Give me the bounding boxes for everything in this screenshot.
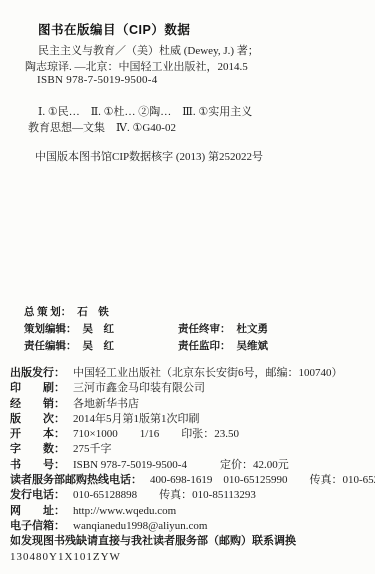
staff-value: 吴 红 xyxy=(83,324,115,335)
publishing-value: http://www.wqedu.com xyxy=(73,505,176,517)
staff-value: 吴 红 xyxy=(83,341,115,352)
staff-label: 责任终审： xyxy=(178,324,231,335)
publishing-value: 各地新华书店 xyxy=(73,398,139,410)
cip-classification-line-1: Ⅰ. ①民… Ⅱ. ①杜… ②陶… Ⅲ. ①实用主义 xyxy=(38,103,252,119)
publishing-label: 发行电话： xyxy=(10,489,65,501)
publishing-value: 中国轻工业出版社（北京东长安街6号，邮编：100740） xyxy=(73,367,343,379)
publishing-label: 印 刷： xyxy=(10,382,65,394)
publishing-line: 读者服务部邮购热线电话：400-698-1619 010-65125990 传真… xyxy=(10,473,370,488)
staff-row: 总 策 划：石 铁 xyxy=(24,304,354,321)
publishing-block: 出版发行：中国轻工业出版社（北京东长安街6号，邮编：100740） 印 刷：三河… xyxy=(10,366,370,565)
publishing-value: 275千字 xyxy=(73,443,112,455)
staff-value: 杜文勇 xyxy=(237,324,269,335)
cip-registration-number: 中国版本图书馆CIP数据核字 (2013) 第252022号 xyxy=(35,148,263,164)
publishing-line: 网 址：http://www.wqedu.com xyxy=(10,504,370,519)
publishing-line: 出版发行：中国轻工业出版社（北京东长安街6号，邮编：100740） xyxy=(10,366,370,381)
publishing-value: 710×1000 1/16 印张：23.50 xyxy=(73,428,239,440)
staff-label: 总 策 划： xyxy=(24,307,71,318)
publishing-line: 印 刷：三河市鑫金马印装有限公司 xyxy=(10,381,370,396)
staff-label: 策划编辑： xyxy=(24,324,77,335)
publishing-value: 2014年5月第1版第1次印刷 xyxy=(73,413,200,425)
publishing-label: 读者服务部邮购热线电话： xyxy=(10,474,142,486)
publishing-label: 书 号： xyxy=(10,459,65,471)
staff-value: 吴维斌 xyxy=(237,341,269,352)
publishing-label: 开 本： xyxy=(10,428,65,440)
publishing-label: 字 数： xyxy=(10,443,65,455)
cip-isbn: ISBN 978-7-5019-9500-4 xyxy=(37,74,158,86)
publishing-value: wanqianedu1998@aliyun.com xyxy=(73,520,207,532)
staff-row: 责任编辑：吴 红 责任监印：吴维斌 xyxy=(24,338,354,355)
publishing-line: 版 次：2014年5月第1版第1次印刷 xyxy=(10,412,370,427)
publishing-line: 书 号：ISBN 978-7-5019-9500-4 定价：42.00元 xyxy=(10,458,370,473)
staff-value: 石 铁 xyxy=(77,307,109,318)
publishing-label: 版 次： xyxy=(10,413,65,425)
book-copyright-page: 图书在版编目（CIP）数据 民主主义与教育／（美）杜威 (Dewey, J.) … xyxy=(0,0,375,574)
return-notice: 如发现图书残缺请直接与我社读者服务部（邮购）联系调换 xyxy=(10,534,370,549)
staff-label: 责任编辑： xyxy=(24,341,77,352)
publishing-line: 字 数：275千字 xyxy=(10,442,370,457)
cip-classification-line-2: 教育思想—文集 Ⅳ. ①G40-02 xyxy=(28,119,176,135)
publishing-line: 开 本：710×1000 1/16 印张：23.50 xyxy=(10,427,370,442)
publishing-label: 经 销： xyxy=(10,398,65,410)
publishing-value: 010-65128898 传真：010-85113293 xyxy=(73,489,256,501)
staff-row: 策划编辑：吴 红 责任终审：杜文勇 xyxy=(24,321,354,338)
staff-right-cell: 责任终审：杜文勇 xyxy=(178,321,268,338)
publishing-line: 发行电话：010-65128898 传真：010-85113293 xyxy=(10,488,370,503)
publishing-value: ISBN 978-7-5019-9500-4 定价：42.00元 xyxy=(73,459,289,471)
publishing-line: 经 销：各地新华书店 xyxy=(10,397,370,412)
publishing-label: 网 址： xyxy=(10,505,65,517)
publishing-value: 400-698-1619 010-65125990 传真：010-6526293… xyxy=(150,474,375,486)
cip-data-title: 图书在版编目（CIP）数据 xyxy=(38,20,190,38)
publishing-label: 出版发行： xyxy=(10,367,65,379)
publishing-label: 电子信箱： xyxy=(10,520,65,532)
cip-entry-line-2: 陶志琼译. —北京：中国轻工业出版社，2014.5 xyxy=(25,58,248,74)
staff-right-cell: 责任监印：吴维斌 xyxy=(178,338,268,355)
staff-label: 责任监印： xyxy=(178,341,231,352)
publishing-value: 三河市鑫金马印装有限公司 xyxy=(73,382,205,394)
cip-entry-line-1: 民主主义与教育／（美）杜威 (Dewey, J.) 著； xyxy=(38,42,259,58)
publishing-line: 电子信箱：wanqianedu1998@aliyun.com xyxy=(10,519,370,534)
staff-block: 总 策 划：石 铁 策划编辑：吴 红 责任终审：杜文勇 责任编辑：吴 红 责任监… xyxy=(24,304,354,355)
print-code: 130480Y1X101ZYW xyxy=(10,550,370,565)
